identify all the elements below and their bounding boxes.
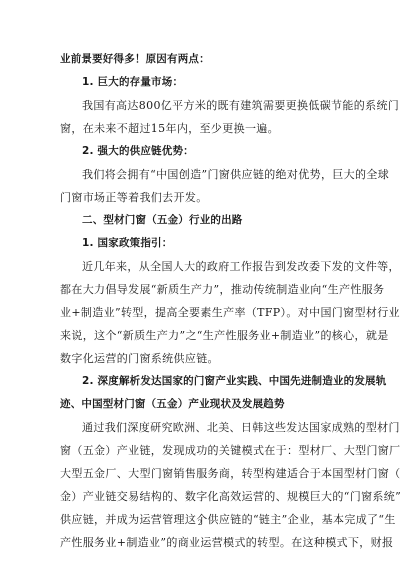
paragraph-intro-heading: 业前景要好得多！原因有两点： <box>60 48 342 71</box>
subheading-supply-chain: 2. 强大的供应链优势： <box>60 140 342 163</box>
body-text-line: 数字化运营的门窗系统供应链。 <box>60 347 342 370</box>
body-text-line: 来说，这个“新质生产力”之“生产性服务业+制造业”的核心，就是 <box>60 324 342 347</box>
body-text-line: 业+制造业”转型，提高全要素生产率（TFP）。对中国门窗型材行业 <box>60 301 342 324</box>
body-text-line: 我们将会拥有“中国创造”门窗供应链的绝对优势，巨大的全球 <box>60 163 342 186</box>
body-text-line: 窗（五金）产业链，发现成功的关键模式在于：型材厂、大型门窗厂、 <box>60 439 342 462</box>
body-text-line: 近几年来，从全国人大的政府工作报告到发改委下发的文件等， <box>60 255 342 278</box>
body-text-line: 金）产业链交易结构的、数字化高效运营的、规模巨大的“门窗系统” <box>60 485 342 508</box>
body-text-line: 我国有高达800亿平方米的既有建筑需要更换低碳节能的系统门 <box>60 94 342 117</box>
page-number: 2 <box>0 519 400 527</box>
subheading-analysis: 2. 深度解析发达国家的门窗产业实践、中国先进制造业的发展轨 <box>60 370 342 393</box>
body-text-line: 产性服务业+制造业”的商业运营模式的转型。在这种模式下，财报 <box>60 531 342 554</box>
section-heading-2: 二、型材门窗（五金）行业的出路 <box>60 209 342 232</box>
subheading-existing-market: 1. 巨大的存量市场： <box>60 71 342 94</box>
document-page: 业前景要好得多！原因有两点： 1. 巨大的存量市场： 我国有高达800亿平方米的… <box>60 48 342 554</box>
subheading-policy: 1. 国家政策指引： <box>60 232 342 255</box>
body-text-line: 通过我们深度研究欧洲、北美、日韩这些发达国家成熟的型材门 <box>60 416 342 439</box>
body-text-line: 大型五金厂、大型门窗销售服务商，转型构建适合于本国型材门窗（五 <box>60 462 342 485</box>
body-text-line: 窗，在未来不超过15年内，至少更换一遍。 <box>60 117 342 140</box>
subheading-analysis-cont: 迹、中国型材门窗（五金）产业现状及发展趋势 <box>60 393 342 416</box>
body-text-line: 门窗市场正等着我们去开发。 <box>60 186 342 209</box>
body-text-line: 都在大力倡导发展“新质生产力”，推动传统制造业向“生产性服务 <box>60 278 342 301</box>
